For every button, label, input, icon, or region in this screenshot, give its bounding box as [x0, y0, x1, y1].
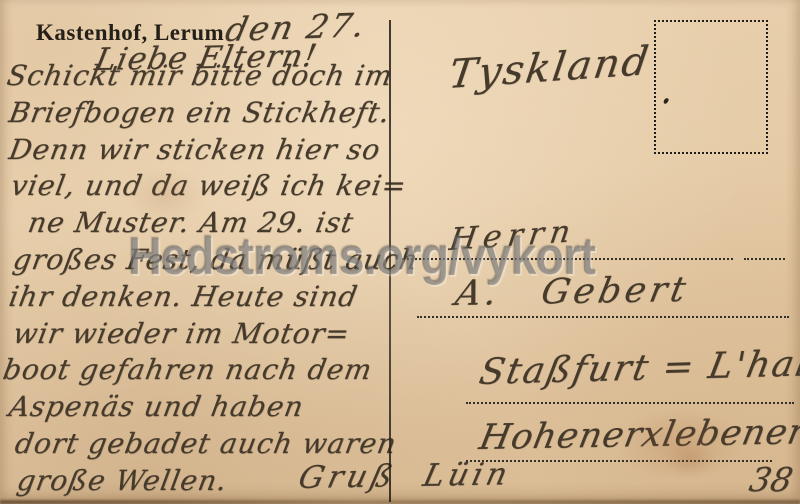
scan-bottom-edge	[0, 500, 800, 504]
address-street-line: Hohenerxlebenerst.	[476, 412, 800, 458]
stamp-box	[654, 20, 768, 154]
country-name: Tyskland	[446, 38, 653, 98]
ink-speck	[663, 97, 669, 104]
address-rule-1-end	[744, 258, 785, 260]
closing-signature: Gruß Lüin	[295, 456, 515, 496]
message-line: dort gebadet auch waren	[12, 426, 436, 463]
message-line: Briefbogen ein Stickheft.	[6, 95, 436, 132]
message-line: wir wieder im Motor=	[10, 316, 436, 353]
address-rule-3	[466, 402, 794, 404]
address-rule-2	[417, 316, 789, 318]
message-line: viel, und da weiß ich kei=	[8, 168, 436, 205]
postcard-scan: Kastenhof, Lerum den 27. Liebe Eltern! S…	[0, 0, 800, 504]
address-rule-4	[466, 460, 772, 462]
watermark-text: Hedstroms.org/vykort	[128, 226, 595, 287]
message-line: Denn wir sticken hier so	[6, 132, 436, 169]
address-city-line: Staßfurt = L'hall	[476, 343, 800, 393]
address-house-number: 38	[746, 460, 796, 499]
message-line: boot gefahren nach dem	[0, 352, 436, 389]
message-line: Schickt mir bitte doch im	[4, 58, 436, 95]
message-line: Aspenäs und haben	[6, 389, 436, 426]
